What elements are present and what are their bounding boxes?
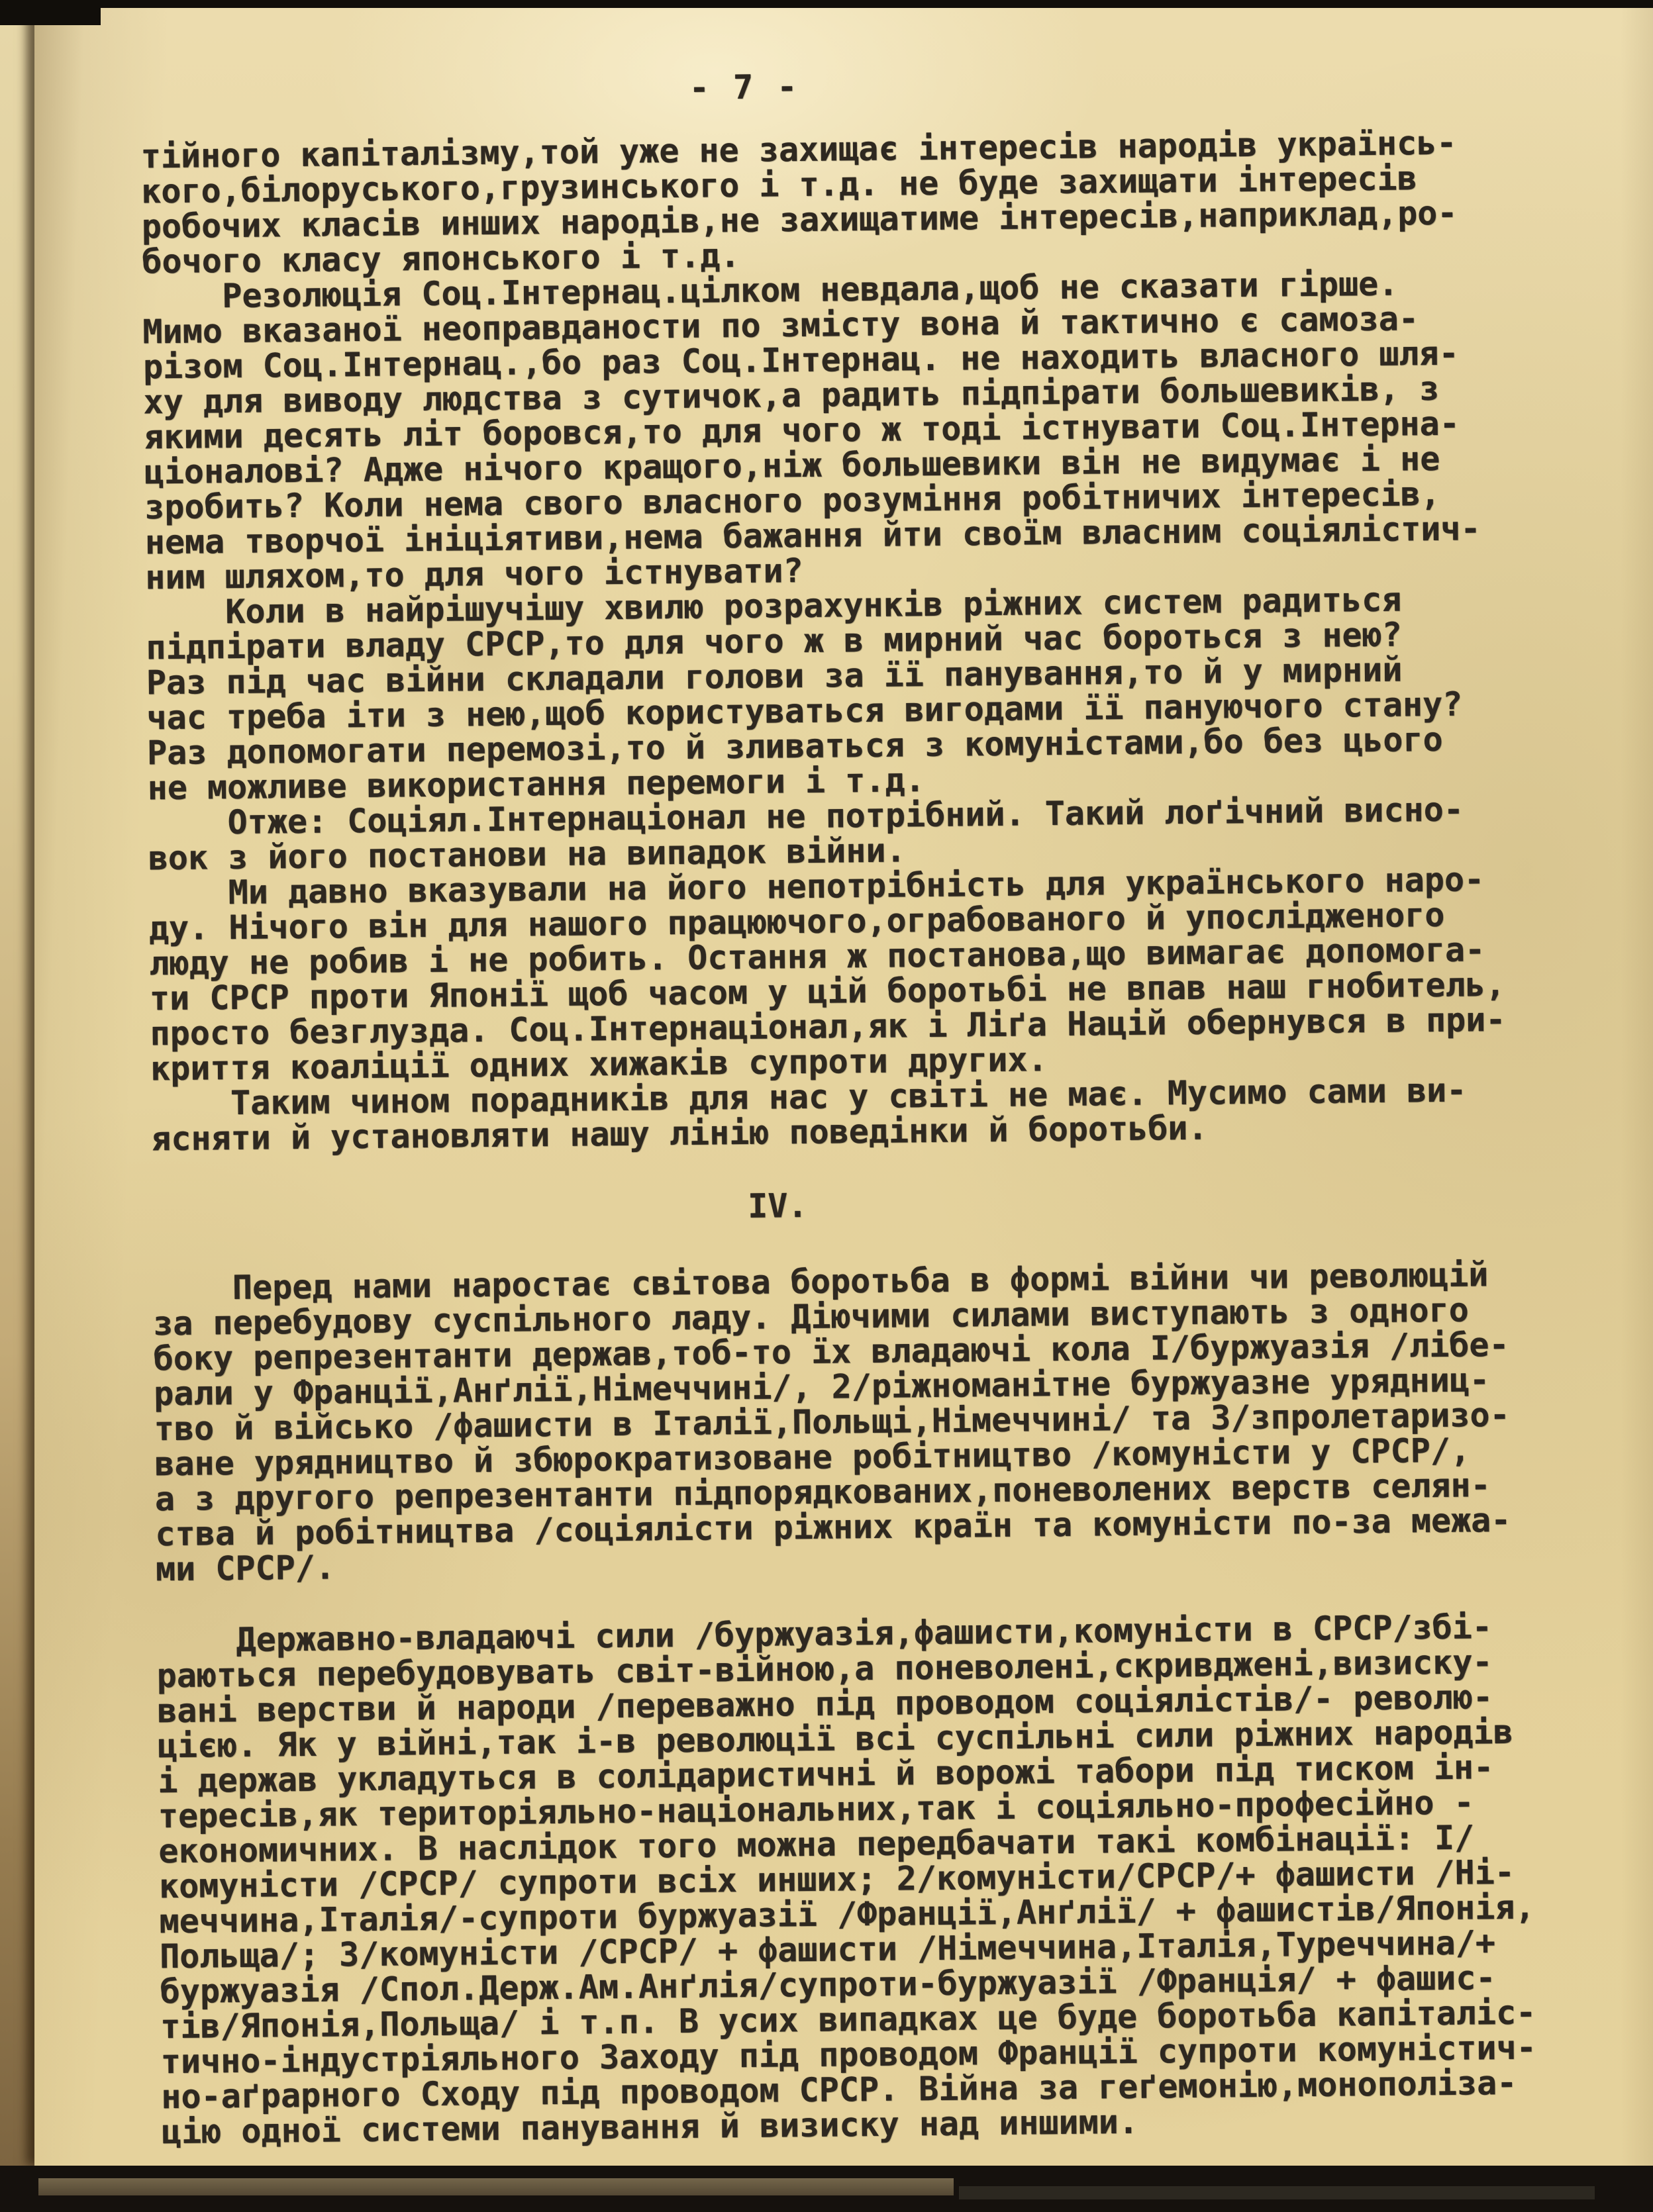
paragraph: Таким чином порадників для нас у світі н…	[150, 1072, 1568, 1157]
document-page: - 7 - тійного капіталізму,той уже не зах…	[34, 7, 1653, 2166]
bottom-page-edge-strip	[38, 2178, 954, 2195]
scanned-page: - 7 - тійного капіталізму,той уже не зах…	[0, 0, 1653, 2212]
scan-bottom-edge	[0, 2166, 1653, 2212]
paragraph: тійного капіталізму,той уже не захищає і…	[140, 124, 1559, 279]
paragraph: Ми давно вказували на його непотрібність…	[148, 861, 1568, 1086]
section-heading: IV.	[152, 1180, 1569, 1230]
bottom-shadow-strip	[959, 2186, 1595, 2199]
typewritten-text-layer: - 7 - тійного капіталізму,той уже не зах…	[34, 6, 1653, 2182]
paragraph: Коли в найрішучішу хвилю розрахунків ріж…	[146, 581, 1565, 806]
paragraph: Державно-владаючі сили /буржуазія,фашист…	[156, 1609, 1579, 2150]
paragraph: Резолюція Соц.Інтернац.цілком невдала,що…	[142, 265, 1563, 595]
page-number: - 7 -	[34, 58, 1652, 114]
scan-top-edge	[0, 0, 1653, 8]
underlying-page-edge	[0, 23, 36, 2166]
paragraph: Перед нами наростає світова боротьба в ф…	[152, 1257, 1573, 1587]
scan-top-left-corner	[0, 0, 101, 25]
document-body: тійного капіталізму,той уже не захищає і…	[140, 124, 1579, 2150]
